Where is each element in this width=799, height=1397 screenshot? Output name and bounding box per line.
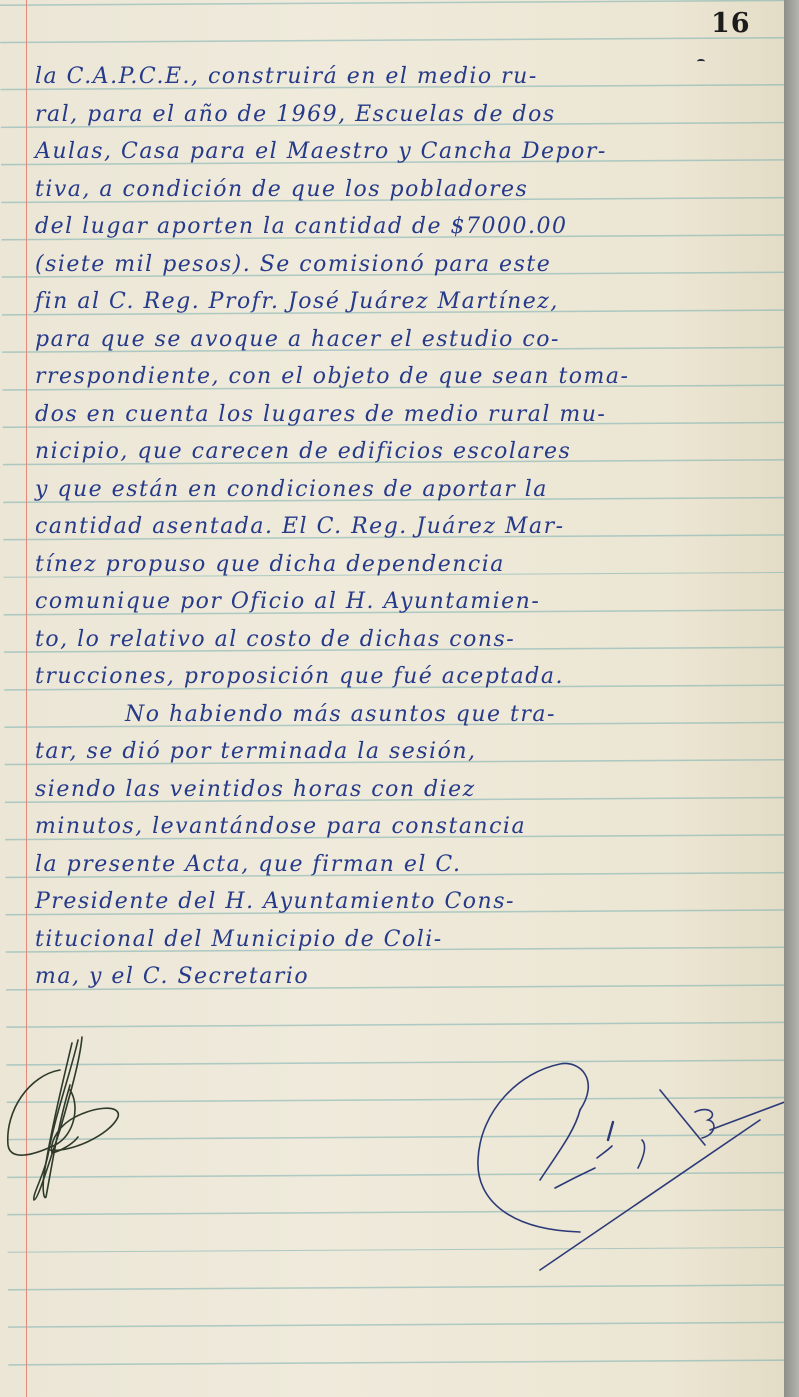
text-line: cantidad asentada. El C. Reg. Juárez Mar… [35,508,775,546]
text-line: la C.A.P.C.E., construirá en el medio ru… [35,58,775,96]
signature-secretario [380,1050,784,1280]
text-line: y que están en condiciones de aportar la [35,471,775,509]
text-line: ma, y el C. Secretario [35,958,775,996]
text-line: la presente Acta, que firman el C. [35,846,775,884]
text-line: tiva, a condición de que los pobladores [35,171,775,209]
text-line: Presidente del H. Ayuntamiento Cons- [35,883,775,921]
text-line: del lugar aporten la cantidad de $7000.0… [35,208,775,246]
text-line: titucional del Municipio de Coli- [35,921,775,959]
text-line: comunique por Oficio al H. Ayuntamien- [35,583,775,621]
text-line: ral, para el año de 1969, Escuelas de do… [35,96,775,134]
text-line: fin al C. Reg. Profr. José Juárez Martín… [35,283,775,321]
text-line: to, lo relativo al costo de dichas cons- [35,621,775,659]
text-line: tar, se dió por terminada la sesión, [35,733,775,771]
text-line: trucciones, proposición que fué aceptada… [35,658,775,696]
handwritten-text: la C.A.P.C.E., construirá en el medio ru… [35,58,775,996]
text-line: siendo las veintidos horas con diez [35,771,775,809]
text-line: (siete mil pesos). Se comisionó para est… [35,246,775,284]
text-line: nicipio, que carecen de edificios escola… [35,433,775,471]
page-number: 16 [711,8,751,39]
notebook-page: 16 la C.A.P.C.E., construirá en el medio… [0,0,784,1397]
text-line: para que se avoque a hacer el estudio co… [35,321,775,359]
text-line: minutos, levantándose para constancia [35,808,775,846]
text-line: Aulas, Casa para el Maestro y Cancha Dep… [35,133,775,171]
signature-presidente [0,1035,200,1215]
text-line: No habiendo más asuntos que tra- [35,696,775,734]
text-line: dos en cuenta los lugares de medio rural… [35,396,775,434]
text-line: tínez propuso que dicha dependencia [35,546,775,584]
page-edge-shadow [784,0,799,1397]
text-line: rrespondiente, con el objeto de que sean… [35,358,775,396]
